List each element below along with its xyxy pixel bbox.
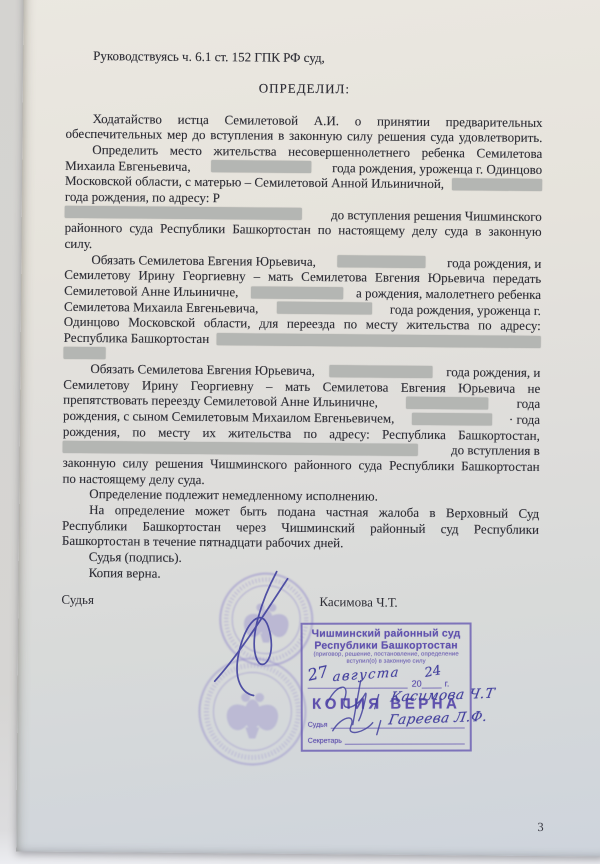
text-segment: Республика Башкортостан: [64, 330, 210, 347]
document-paper: Руководствуясь ч. 6.1 ст. 152 ГПК РФ суд…: [16, 0, 600, 857]
text-segment: Определение подлежит немедленному исполн…: [89, 486, 378, 504]
certification-stamp: Чишминский районный суд Республики Башко…: [301, 622, 472, 751]
document-body: Руководствуясь ч. 6.1 ст. 152 ГПК РФ суд…: [62, 48, 544, 584]
text-segment: ОПРЕДЕЛИЛ:: [259, 81, 350, 97]
text-segment: · года: [509, 412, 540, 428]
redaction-bar: [64, 347, 106, 359]
redaction-bar: [211, 161, 311, 174]
judge-label: Судья: [61, 592, 94, 608]
stamp-signatures-icon: [299, 624, 479, 754]
text-segment: года рождения, уроженца г.: [390, 301, 541, 318]
judge-name: Касимова Ч.Т.: [319, 594, 397, 611]
redaction-bar: [406, 397, 488, 410]
document-line: Копия верна.: [62, 564, 539, 584]
text-segment: года рождения, по адресу: Р: [65, 189, 220, 205]
text-segment: года рождения, и: [446, 364, 540, 380]
text-segment: года: [517, 396, 541, 412]
redaction-bar: [251, 286, 343, 299]
photo-background: { "colors": { "stamp_purple": "#685ab2",…: [0, 0, 600, 864]
text-segment: Михаила Евгеньевича,: [65, 157, 191, 174]
redaction-bar: [63, 441, 418, 456]
text-segment: года рождения, уроженца г. Одинцово: [332, 160, 542, 177]
text-segment: года рождения, и: [447, 255, 541, 271]
text-segment: до вступления решения Чишминского: [331, 207, 542, 224]
text-segment: до вступления в: [451, 443, 540, 459]
page-number: 3: [537, 820, 543, 835]
text-segment: Семилетова Михаила Евгеньевича,: [64, 298, 259, 315]
signature-row: Судья Касимова Ч.Т.: [61, 592, 538, 612]
redaction-bar: [452, 178, 542, 191]
text-segment: Руководствуясь ч. 6.1 ст. 152 ГПК РФ суд…: [93, 48, 325, 65]
redaction-bar: [65, 206, 302, 220]
text-segment: силу.: [64, 236, 92, 251]
text-segment: по настоящему делу суда.: [62, 471, 204, 487]
text-segment: Башкортостан в течение пятнадцати рабочи…: [62, 533, 344, 550]
redaction-bar: [337, 256, 425, 269]
redaction-bar: [217, 333, 541, 348]
document-lines: Руководствуясь ч. 6.1 ст. 152 ГПК РФ суд…: [62, 48, 544, 584]
text-segment: Обязать Семилетова Евгения Юрьевича,: [90, 361, 315, 379]
text-segment: Копия верна.: [89, 565, 161, 581]
text-segment: а рождения, малолетнего ребенка: [356, 285, 541, 302]
redaction-bar: [329, 365, 432, 378]
judge-signature-icon: [188, 568, 309, 701]
text-segment: Судья (подпись).: [89, 549, 182, 565]
redaction-bar: [412, 413, 492, 426]
redaction-bar: [277, 302, 372, 315]
text-segment: Обязать Семилетова Евгения Юрьевича,: [91, 252, 316, 270]
text-segment: Семилетовой Анне Ильиничне,: [64, 283, 238, 300]
